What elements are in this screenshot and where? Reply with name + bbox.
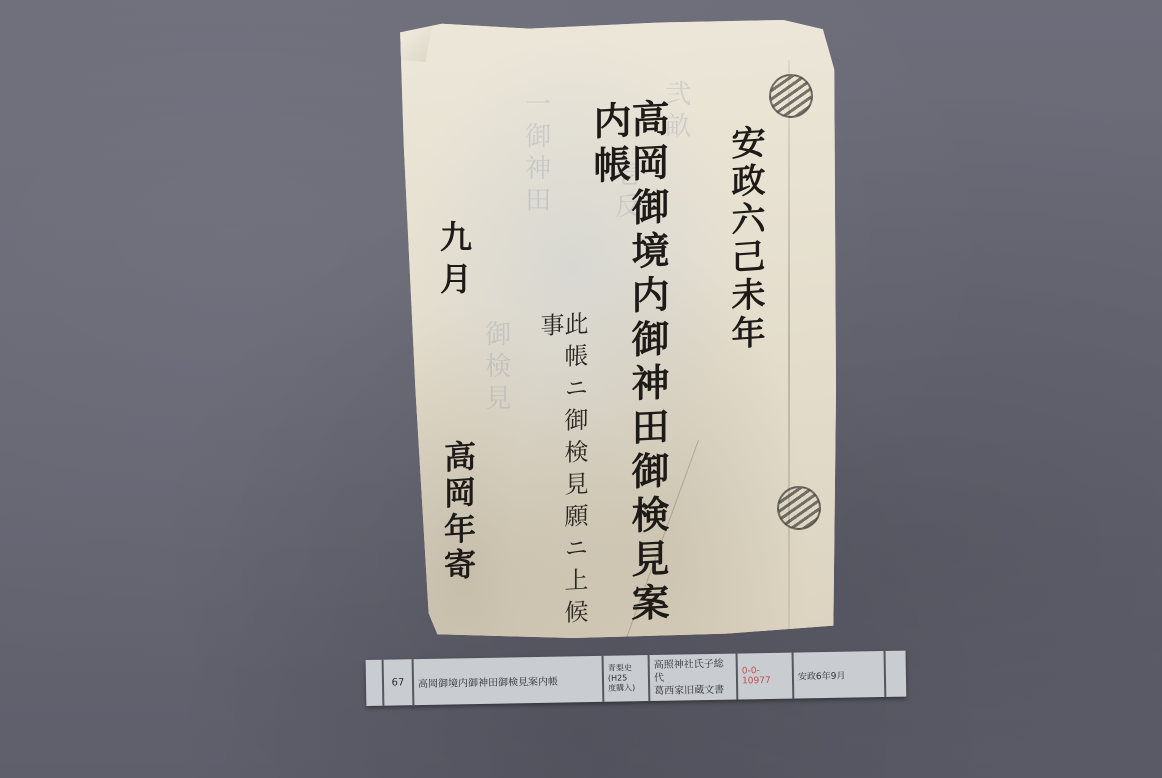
label-document-title: 高岡御境内御神田御検見案内帳 bbox=[414, 656, 605, 705]
document-title: 高岡御境内御神田御検見案内帳 bbox=[590, 98, 666, 640]
label-catalog-id: 0-0-10977 bbox=[738, 653, 795, 700]
bleed-through-text: 御検見 bbox=[478, 320, 512, 416]
fold-line bbox=[788, 60, 790, 630]
seal-stamp-icon bbox=[777, 486, 821, 530]
label-date: 安政6年9月 bbox=[794, 651, 887, 699]
seal-stamp-icon bbox=[769, 74, 813, 118]
month-line: 九月 bbox=[438, 220, 470, 304]
bleed-through-text: 一御神田 bbox=[518, 90, 552, 218]
catalog-label-strip: 67 高岡御境内御神田御検見案内帳 青梨史(H25 度購入) 高照神社氏子総代 … bbox=[366, 651, 907, 706]
document-note: 此帳ニ御検見願ニ上候事 bbox=[538, 311, 586, 640]
label-collection: 高照神社氏子総代 葛西家旧蔵文書 bbox=[650, 654, 739, 702]
archival-document: 一御神田 壱反 弐畝 御検見 安政六己未年 高岡御境内御神田御検見案内帳 此帳ニ… bbox=[398, 20, 836, 638]
label-cell-blank bbox=[886, 651, 907, 697]
label-cell-blank bbox=[366, 660, 385, 706]
folded-corner bbox=[400, 26, 432, 62]
label-item-number: 67 bbox=[384, 659, 415, 706]
era-date-line: 安政六己未年 bbox=[728, 124, 762, 354]
label-source: 青梨史(H25 度購入) bbox=[604, 655, 651, 702]
signature-line: 高岡年寄 bbox=[442, 439, 474, 585]
